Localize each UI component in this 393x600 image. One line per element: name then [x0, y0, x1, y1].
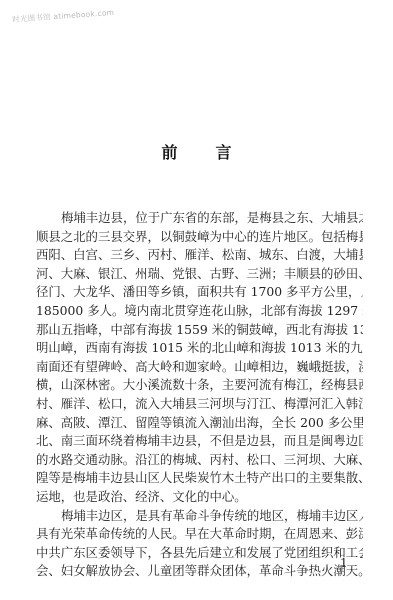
page-number: 1 [340, 556, 348, 570]
text-line: 会、妇女解放协会、儿童团等群众团体，革命斗争热火潮天。大革 [36, 562, 363, 581]
text-line: 北、南三面环绕着梅埔丰边县，不但是边县，而且是闽粤边区主要 [36, 432, 363, 451]
body-text: 梅埔丰边县，位于广东省的东部，是梅县之东、大埔县之西，丰 顺县之北的三县交界，以… [36, 209, 363, 581]
text-line: 梅埔丰边区，是具有革命斗争传统的地区，梅埔丰边区人民是 [36, 507, 363, 526]
text-line: 顺县之北的三县交界，以铜鼓嶂为中心的连片地区。包括梅县的 [36, 228, 363, 247]
title-char-2: 言 [216, 140, 232, 163]
text-line: 梅埔丰边县，位于广东省的东部，是梅县之东、大埔县之西，丰 [36, 209, 363, 228]
text-line: 185000 多人。境内南北贯穿连花山脉，北部有海拔 1297 米的阴 [36, 302, 363, 321]
watermark: 时光图书馆 atimebook.com [12, 7, 114, 25]
text-line: 那山五指峰，中部有海拔 1559 米的铜鼓嶂，西北有海拔 1357 米的 [36, 321, 363, 340]
text-line: 南面还有望碑岭、高大岭和迦家岭。山嶂相边，巍峨挺拔，溪涧纵 [36, 358, 363, 377]
text-line: 隍等是梅埔丰边县山区人民柴炭竹木土特产出口的主要集散、转 [36, 469, 363, 488]
text-line: 具有光荣革命传统的人民。早在大革命时期，在周恩来、彭湃等及 [36, 525, 363, 544]
text-line: 明山嶂，西南有海拔 1015 米的北山嶂和海拔 1013 米的九龙嶂。 [36, 339, 363, 358]
text-line: 的水路交通动脉。沿江的梅城、丙村、松口、三河坝、大麻、高陂、留 [36, 451, 363, 470]
page-title: 前言 [0, 140, 393, 163]
title-char-1: 前 [161, 140, 177, 163]
text-line: 村、雁洋、松口，流入大埔县三河坝与汀江、梅潭河汇入韩江，经大 [36, 395, 363, 414]
text-line: 横，山深林密。大小溪流数十条，主要河流有梅江，经梅县西阳、丙 [36, 376, 363, 395]
text-line: 麻、高陂、潭江、留隍等镇流入潮汕出海，全长 200 多公里，从东、 [36, 414, 363, 433]
text-line: 中共广东区委领导下，各县先后建立和发展了党团组织和工会、农 [36, 544, 363, 563]
text-line: 径门、大龙华、潘田等乡镇，面积共有 1700 多平方公里，人口 [36, 283, 363, 302]
text-line: 运地，也是政治、经济、文化的中心。 [36, 488, 363, 507]
text-line: 河、大麻、银江、州瑞、党银、古野、三洲；丰顺县的砂田、小胜、黄金、 [36, 265, 363, 284]
text-line: 西阳、白宫、三乡、丙村、雁洋、松南、城东、白渡，大埔县的英雅、三 [36, 246, 363, 265]
